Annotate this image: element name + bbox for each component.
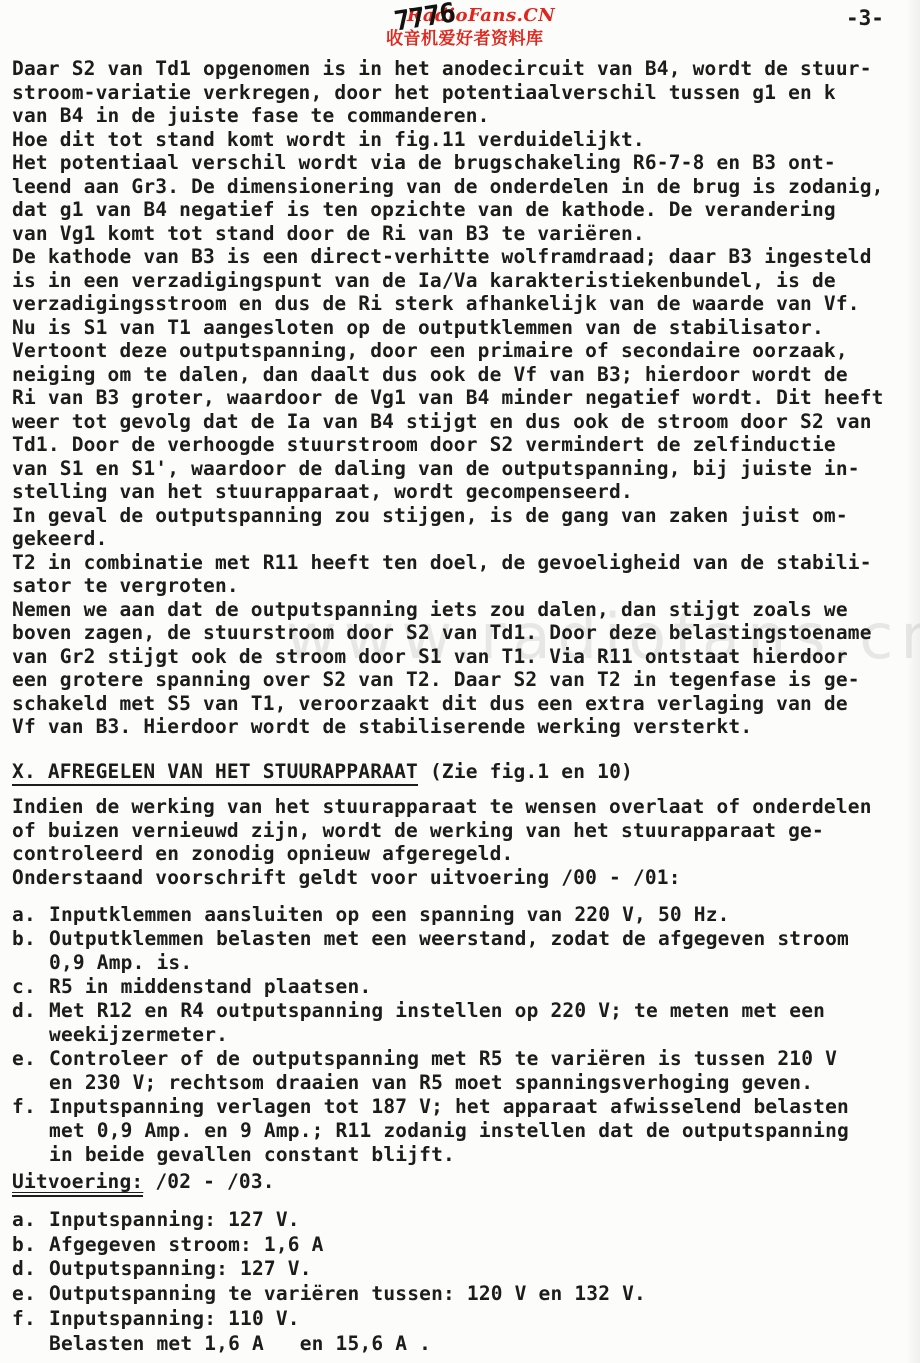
- text-line: sator te vergroten.: [12, 574, 914, 598]
- text-line: boven zagen, de stuurstroom door S2 van …: [12, 621, 914, 645]
- text-line: gekeerd.: [12, 527, 914, 551]
- text-line: van S1 en S1', waardoor de daling van de…: [12, 457, 914, 481]
- text-line: R5 in middenstand plaatsen.: [49, 975, 914, 999]
- list-item: a. Inputspanning: 127 V.: [12, 1208, 914, 1233]
- text-line: Controleer of de outputspanning met R5 t…: [49, 1047, 914, 1071]
- list-item-label: d.: [12, 999, 49, 1023]
- main-paragraph-block: Daar S2 van Td1 opgenomen is in het anod…: [12, 57, 914, 739]
- text-line: Hoe dit tot stand komt wordt in fig.11 v…: [12, 128, 914, 152]
- document-page: RadioFans.CN 收音机爱好者资料库 7776 -3- www.radi…: [0, 0, 920, 1363]
- list-item-text: Inputklemmen aansluiten op een spanning …: [49, 903, 914, 927]
- text-line: in beide gevallen constant blijft.: [49, 1143, 914, 1167]
- section-heading: X. AFREGELEN VAN HET STUURAPPARAAT(Zie f…: [12, 760, 914, 784]
- text-line: stroom-variatie verkregen, door het pote…: [12, 81, 914, 105]
- list-item-label: b.: [12, 1233, 49, 1258]
- list-item: e. Controleer of de outputspanning met R…: [12, 1047, 914, 1095]
- list-item-text: Outputspanning: 127 V.: [49, 1257, 914, 1282]
- list-item-label: a.: [12, 1208, 49, 1233]
- text-line: Daar S2 van Td1 opgenomen is in het anod…: [12, 57, 914, 81]
- text-line: en 230 V; rechtsom draaien van R5 moet s…: [49, 1071, 914, 1095]
- text-line: Vertoont deze outputspanning, door een p…: [12, 339, 914, 363]
- list-item-label: a.: [12, 903, 49, 927]
- text-line: of buizen vernieuwd zijn, wordt de werki…: [12, 819, 914, 843]
- list-item-text: Met R12 en R4 outputspanning instellen o…: [49, 999, 914, 1047]
- list-item-label: e.: [12, 1282, 49, 1307]
- text-line: weer tot gevolg dat de Ia van B4 stijgt …: [12, 410, 914, 434]
- text-line: Het potentiaal verschil wordt via de bru…: [12, 151, 914, 175]
- subsection-heading-title: Uitvoering:: [12, 1170, 143, 1197]
- list-item-text: Controleer of de outputspanning met R5 t…: [49, 1047, 914, 1095]
- text-line: Vf van B3. Hierdoor wordt de stabilisere…: [12, 715, 914, 739]
- list-item: b. Outputklemmen belasten met een weerst…: [12, 927, 914, 975]
- text-line: Outputspanning: 127 V.: [49, 1257, 914, 1282]
- list-item-text: Afgegeven stroom: 1,6 A: [49, 1233, 914, 1258]
- text-line: een grotere spanning over S2 van T2. Daa…: [12, 668, 914, 692]
- text-line: T2 in combinatie met R11 heeft ten doel,…: [12, 551, 914, 575]
- list-item-text: Inputspanning: 110 V.Belasten met 1,6 A …: [49, 1307, 914, 1356]
- list-item-text: Outputklemmen belasten met een weerstand…: [49, 927, 914, 975]
- text-line: Nu is S1 van T1 aangesloten op de output…: [12, 316, 914, 340]
- text-line: dat g1 van B4 negatief is ten opzichte v…: [12, 198, 914, 222]
- section-heading-suffix: (Zie fig.1 en 10): [430, 760, 633, 783]
- procedure-list-uitvoering-00-01: a. Inputklemmen aansluiten op een spanni…: [12, 903, 914, 1167]
- list-item-label: d.: [12, 1257, 49, 1282]
- text-line: Nemen we aan dat de outputspanning iets …: [12, 598, 914, 622]
- list-item: d. Outputspanning: 127 V.: [12, 1257, 914, 1282]
- text-line: weekijzermeter.: [49, 1023, 914, 1047]
- text-line: 0,9 Amp. is.: [49, 951, 914, 975]
- list-item: d. Met R12 en R4 outputspanning instelle…: [12, 999, 914, 1047]
- text-line: Outputklemmen belasten met een weerstand…: [49, 927, 914, 951]
- text-line: Inputklemmen aansluiten op een spanning …: [49, 903, 914, 927]
- list-item: e. Outputspanning te variëren tussen: 12…: [12, 1282, 914, 1307]
- text-line: Inputspanning: 127 V.: [49, 1208, 914, 1233]
- list-item: f. Inputspanning: 110 V.Belasten met 1,6…: [12, 1307, 914, 1356]
- list-item-label: f.: [12, 1095, 49, 1119]
- subsection-heading: Uitvoering:/02 - /03.: [12, 1170, 914, 1194]
- text-line: Indien de werking van het stuurapparaat …: [12, 795, 914, 819]
- text-line: is in een verzadigingspunt van de Ia/Va …: [12, 269, 914, 293]
- text-line: Td1. Door de verhoogde stuurstroom door …: [12, 433, 914, 457]
- text-line: Onderstaand voorschrift geldt voor uitvo…: [12, 866, 914, 890]
- text-line: Met R12 en R4 outputspanning instellen o…: [49, 999, 914, 1023]
- list-item-label: b.: [12, 927, 49, 951]
- list-item-label: e.: [12, 1047, 49, 1071]
- text-line: stelling van het stuurapparaat, wordt ge…: [12, 480, 914, 504]
- text-line: neiging om te dalen, dan daalt dus ook d…: [12, 363, 914, 387]
- section-intro: Indien de werking van het stuurapparaat …: [12, 795, 914, 889]
- text-line: verzadigingsstroom en dus de Ri sterk af…: [12, 292, 914, 316]
- text-line: Belasten met 1,6 A en 15,6 A .: [49, 1332, 914, 1357]
- text-line: Afgegeven stroom: 1,6 A: [49, 1233, 914, 1258]
- text-line: In geval de outputspanning zou stijgen, …: [12, 504, 914, 528]
- text-line: leend aan Gr3. De dimensionering van de …: [12, 175, 914, 199]
- list-item-label: f.: [12, 1307, 49, 1332]
- list-item-text: Inputspanning verlagen tot 187 V; het ap…: [49, 1095, 914, 1167]
- text-line: Ri van B3 groter, waardoor de Vg1 van B4…: [12, 386, 914, 410]
- text-line: De kathode van B3 is een direct-verhitte…: [12, 245, 914, 269]
- text-line: van Gr2 stijgt ook de stroom door S1 van…: [12, 645, 914, 669]
- text-line: van B4 in de juiste fase te commanderen.: [12, 104, 914, 128]
- list-item: c. R5 in middenstand plaatsen.: [12, 975, 914, 999]
- text-line: van Vg1 komt tot stand door de Ri van B3…: [12, 222, 914, 246]
- text-line: schakeld met S5 van T1, veroorzaakt dit …: [12, 692, 914, 716]
- list-item-label: c.: [12, 975, 49, 999]
- list-item: f. Inputspanning verlagen tot 187 V; het…: [12, 1095, 914, 1167]
- section-heading-title: X. AFREGELEN VAN HET STUURAPPARAAT: [12, 760, 418, 786]
- page-number: -3-: [846, 6, 884, 30]
- subsection-heading-suffix: /02 - /03.: [155, 1170, 274, 1193]
- text-line: Outputspanning te variëren tussen: 120 V…: [49, 1282, 914, 1307]
- list-item-text: Outputspanning te variëren tussen: 120 V…: [49, 1282, 914, 1307]
- list-item: a. Inputklemmen aansluiten op een spanni…: [12, 903, 914, 927]
- text-line: met 0,9 Amp. en 9 Amp.; R11 zodanig inst…: [49, 1119, 914, 1143]
- list-item-text: R5 in middenstand plaatsen.: [49, 975, 914, 999]
- list-item: b. Afgegeven stroom: 1,6 A: [12, 1233, 914, 1258]
- text-line: Inputspanning: 110 V.: [49, 1307, 914, 1332]
- procedure-list-uitvoering-02-03: a. Inputspanning: 127 V. b. Afgegeven st…: [12, 1208, 914, 1356]
- list-item-text: Inputspanning: 127 V.: [49, 1208, 914, 1233]
- text-line: Inputspanning verlagen tot 187 V; het ap…: [49, 1095, 914, 1119]
- text-line: controleerd en zonodig opnieuw afgeregel…: [12, 842, 914, 866]
